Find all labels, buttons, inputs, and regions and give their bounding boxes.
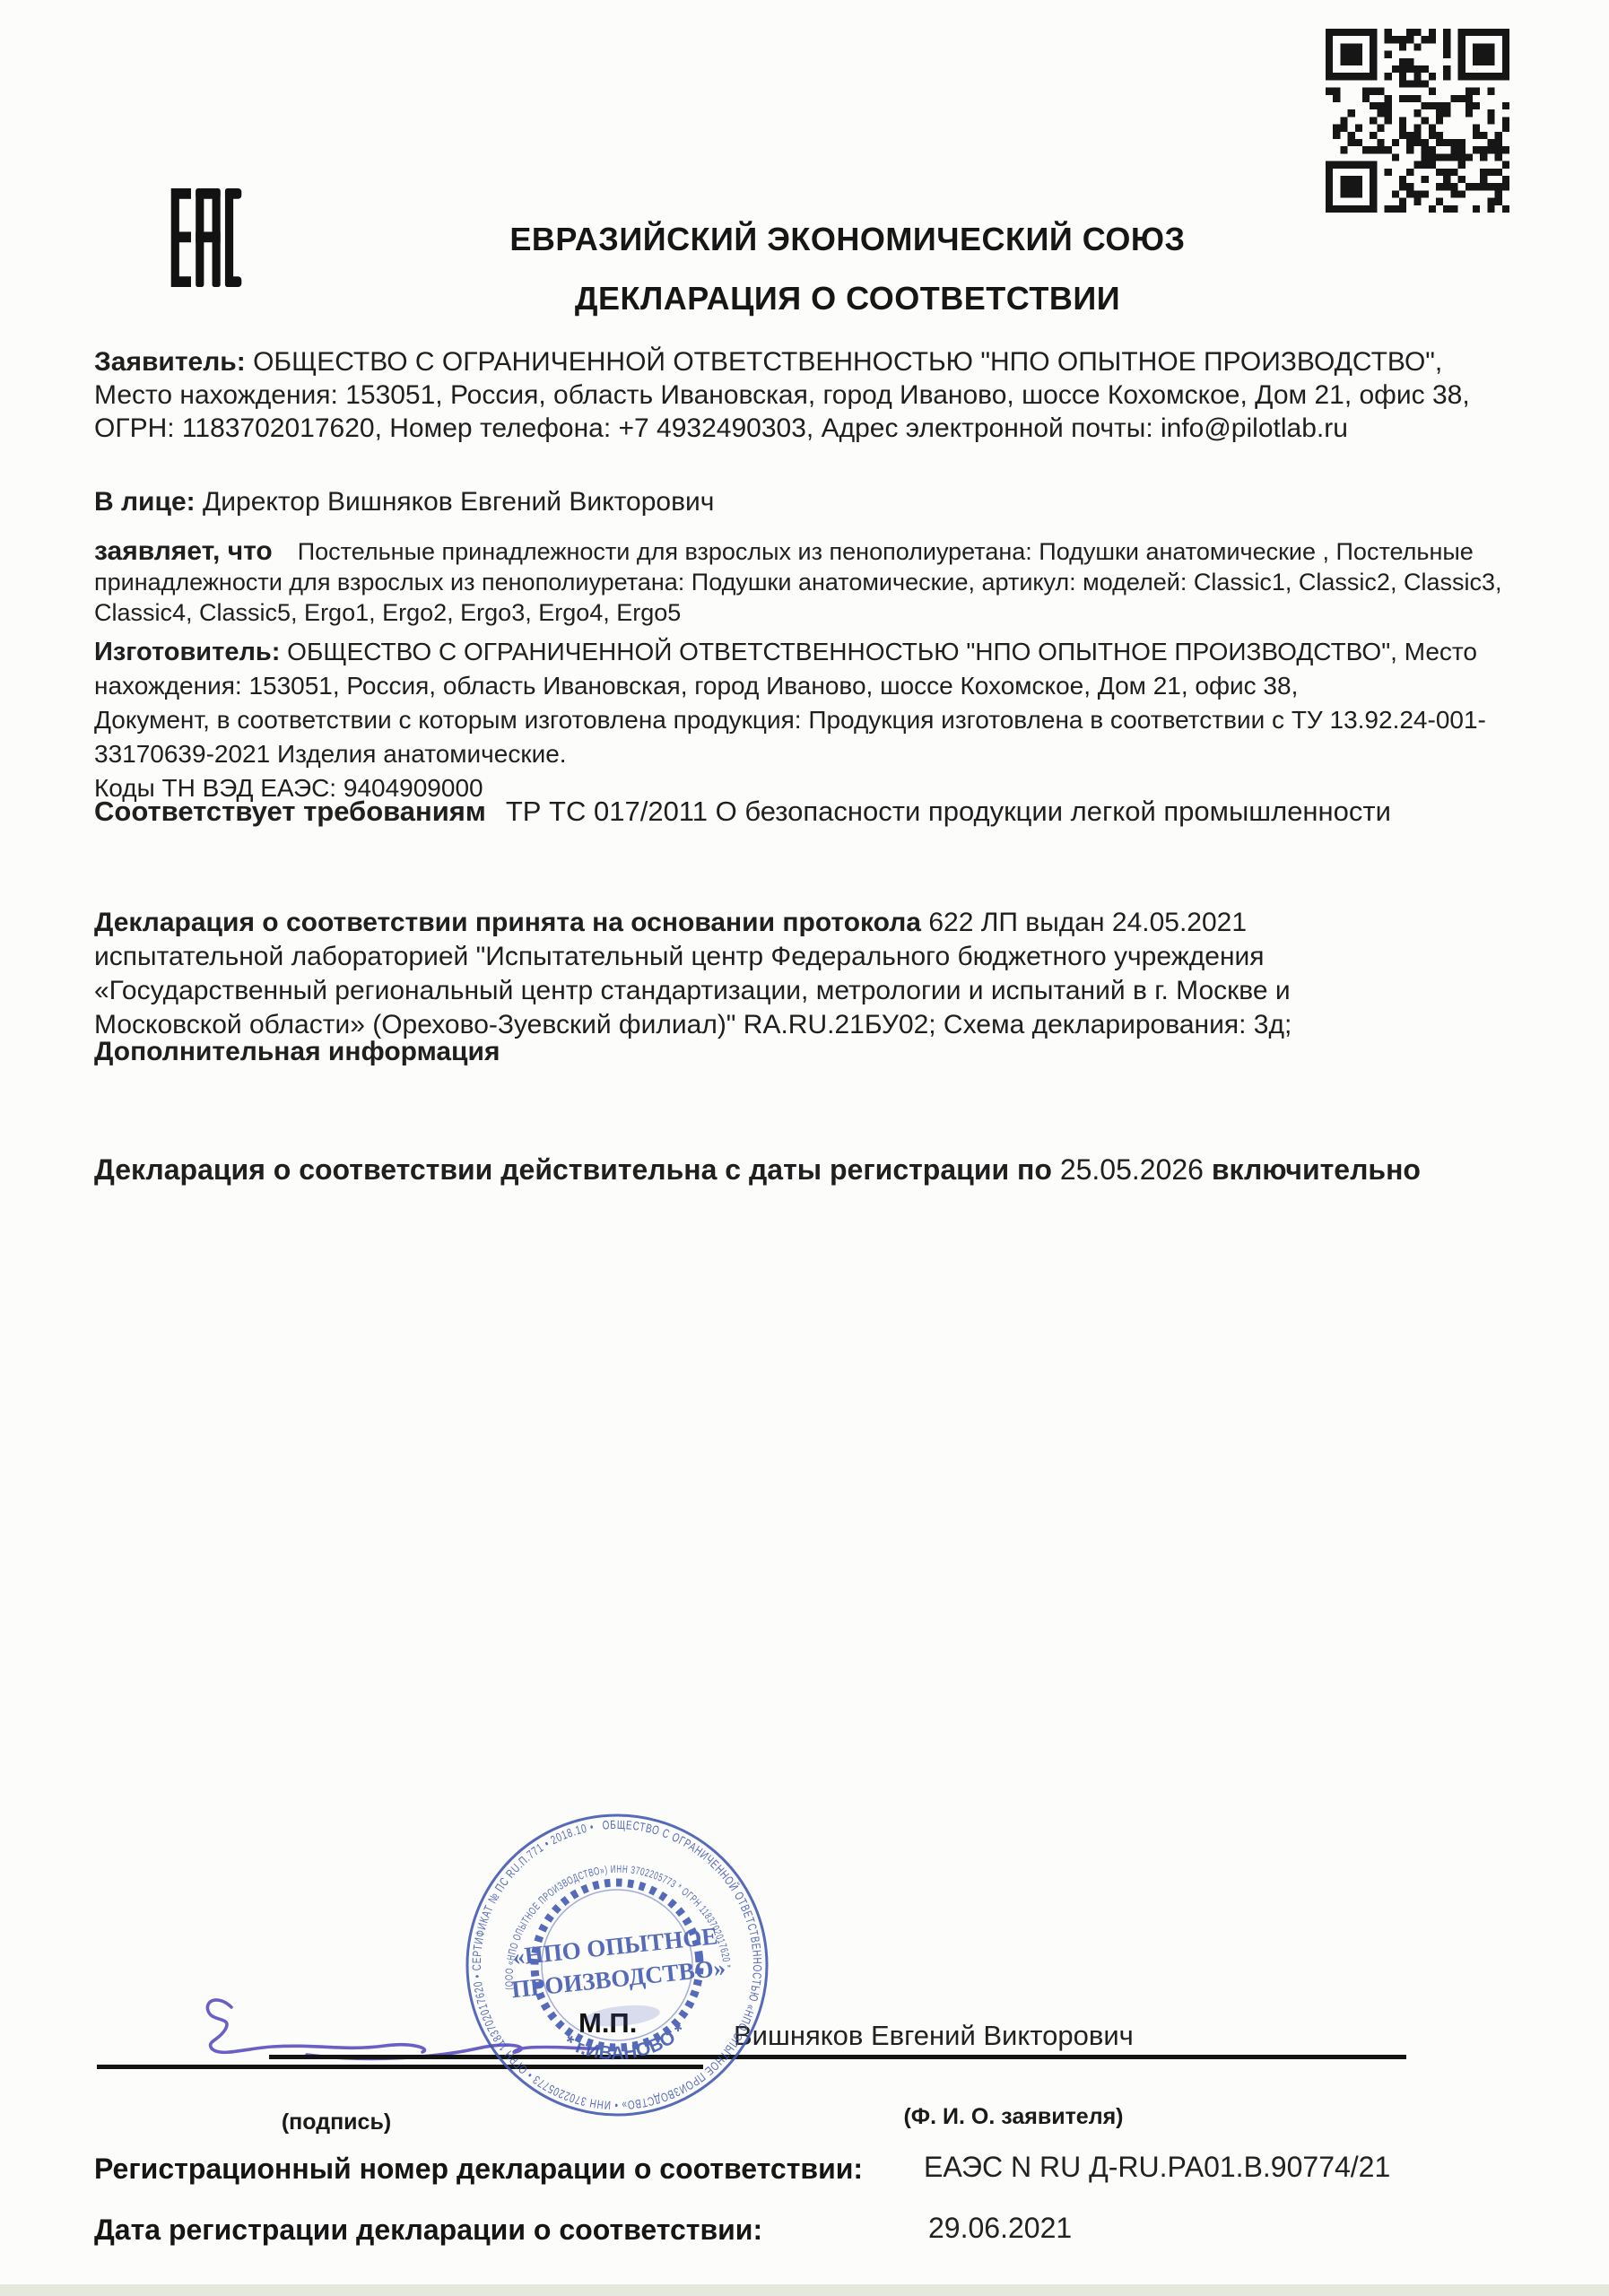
declaration-document: ЕВРАЗИЙСКИЙ ЭКОНОМИЧЕСКИЙ СОЮЗ ДЕКЛАРАЦИ… bbox=[0, 0, 1609, 2296]
manufacture-document-paragraph: Документ, в соответствии с которым изгот… bbox=[94, 703, 1552, 771]
qr-code-svg bbox=[1326, 29, 1509, 213]
registration-date-value: 29.06.2021 bbox=[928, 2212, 1072, 2245]
stamp-ink-smudge bbox=[584, 2002, 661, 2030]
name-caption: (Ф. И. О. заявителя) bbox=[848, 2104, 1179, 2130]
compliance-text: ТР ТС 017/2011 О безопасности продукции … bbox=[506, 796, 1391, 827]
name-underline bbox=[269, 2055, 1406, 2059]
applicant-name: Вишняков Евгений Викторович bbox=[734, 2020, 1134, 2052]
validity-prefix: Декларация о соответствии действительна … bbox=[94, 1153, 1052, 1186]
scan-edge-band bbox=[0, 2284, 1609, 2296]
person-paragraph: В лице: Директор Вишняков Евгений Виктор… bbox=[94, 487, 1520, 517]
declares-paragraph: заявляет, чтоПостельные принадлежности д… bbox=[94, 536, 1547, 628]
signature-caption: (подпись) bbox=[220, 2109, 453, 2135]
validity-paragraph: Декларация о соответствии действительна … bbox=[94, 1153, 1583, 1187]
additional-info-label: Дополнительная информация bbox=[94, 1037, 500, 1067]
company-stamp: ОБЩЕСТВО С ОГРАНИЧЕННОЙ ОТВЕТСТВЕННОСТЬЮ… bbox=[460, 1808, 774, 2126]
person-text: Директор Вишняков Евгений Викторович bbox=[203, 487, 714, 517]
manufacturer-paragraph: Изготовитель: ОБЩЕСТВО С ОГРАНИЧЕННОЙ ОТ… bbox=[94, 635, 1552, 703]
manufacturer-label: Изготовитель: bbox=[94, 638, 280, 666]
manufacturer-text: ОБЩЕСТВО С ОГРАНИЧЕННОЙ ОТВЕТСТВЕННОСТЬЮ… bbox=[94, 638, 1477, 700]
basis-paragraph: Декларация о соответствии принята на осн… bbox=[94, 906, 1431, 1042]
declares-label: заявляет, что bbox=[94, 536, 273, 566]
validity-suffix: включительно bbox=[1212, 1153, 1421, 1186]
compliance-label: Соответствует требованиям bbox=[94, 796, 486, 827]
svg-text:* г.ИВАНОВО *: * г.ИВАНОВО * bbox=[559, 2019, 692, 2070]
compliance-paragraph: Соответствует требованиямТР ТС 017/2011 … bbox=[94, 793, 1422, 831]
registration-date-label: Дата регистрации декларации о соответств… bbox=[94, 2213, 762, 2247]
qr-code-icon bbox=[1326, 29, 1509, 213]
company-stamp-svg: ОБЩЕСТВО С ОГРАНИЧЕННОЙ ОТВЕТСТВЕННОСТЬЮ… bbox=[445, 1793, 790, 2138]
stamp-city-text: * г.ИВАНОВО * bbox=[559, 2019, 692, 2070]
doc-title: ДЕКЛАРАЦИЯ О СООТВЕТСТВИИ bbox=[135, 280, 1561, 317]
basis-label: Декларация о соответствии принята на осн… bbox=[94, 908, 921, 937]
declares-text: Постельные принадлежности для взрослых и… bbox=[94, 538, 1501, 626]
person-label: В лице: bbox=[94, 487, 196, 517]
registration-number-value: ЕАЭС N RU Д-RU.РА01.В.90774/21 bbox=[924, 2151, 1390, 2184]
applicant-text: ОБЩЕСТВО С ОГРАНИЧЕННОЙ ОТВЕТСТВЕННОСТЬЮ… bbox=[94, 347, 1470, 443]
validity-date: 25.05.2026 bbox=[1060, 1153, 1204, 1186]
applicant-paragraph: Заявитель: ОБЩЕСТВО С ОГРАНИЧЕННОЙ ОТВЕТ… bbox=[94, 345, 1520, 445]
manufacturer-block: Изготовитель: ОБЩЕСТВО С ОГРАНИЧЕННОЙ ОТ… bbox=[94, 635, 1552, 805]
registration-number-label: Регистрационный номер декларации о соотв… bbox=[94, 2152, 863, 2186]
union-title: ЕВРАЗИЙСКИЙ ЭКОНОМИЧЕСКИЙ СОЮЗ bbox=[135, 221, 1561, 258]
applicant-label: Заявитель: bbox=[94, 347, 246, 377]
